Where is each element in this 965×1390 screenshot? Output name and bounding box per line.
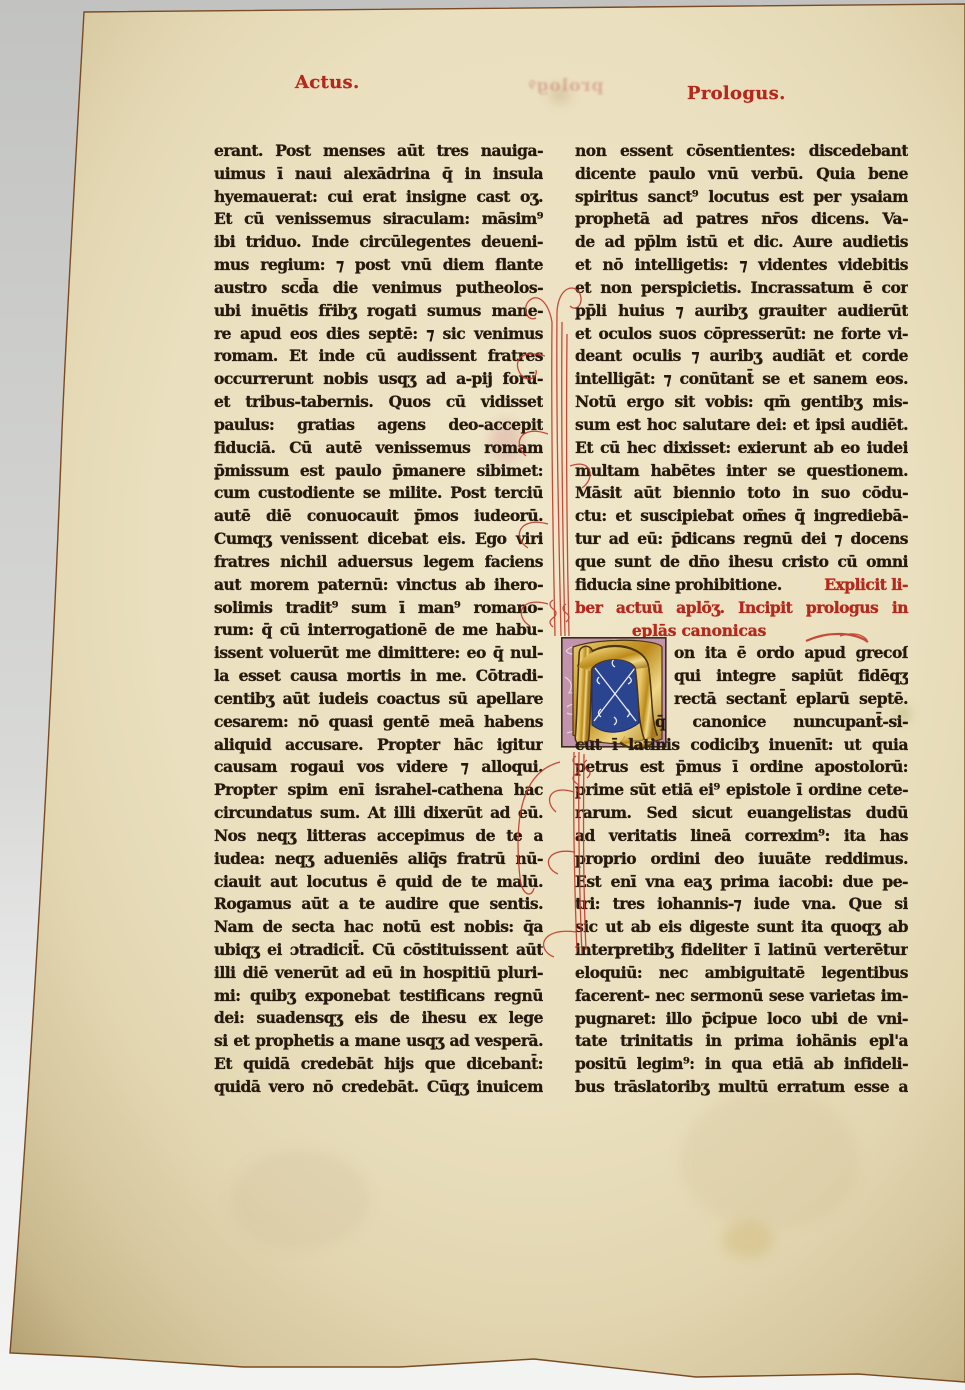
text-line: on ita ē ordo apud grecoſ	[575, 642, 908, 665]
text-line: pp̄li huius ⁊ auribʒ grauiter audierūt	[575, 300, 908, 323]
text-line: ibi triduo. Inde circūlegentes deueni-	[214, 231, 543, 254]
rubric-explicit: Explicit li-	[824, 574, 908, 597]
text-line: Nos neqʒ litteras accepimus de te a	[214, 825, 543, 848]
text-line: issent voluerūt me dimittere: eo q̄ nul-	[214, 642, 543, 665]
text-line: et non perspicietis. Incrassatum ē cor	[575, 277, 908, 300]
text-line: Rogamus aūt a te audire que sentis.	[214, 893, 543, 916]
text-line: rectā sectant̄ eplarū septē.	[575, 688, 908, 711]
text-line: la esset causa mortis in me. Cōtradi-	[214, 665, 543, 688]
text-line: rum: q̄ cū interrogationē de me habu-	[214, 619, 543, 642]
text-line: de ad pp̄lm istū et dic. Aure audietis	[575, 231, 908, 254]
text-line: pugnaret: illo p̄cipue loco ubi de vni-	[575, 1008, 908, 1031]
text-line: ctu: et suscipiebat om̄es q̄ ingrediebā-	[575, 505, 908, 528]
text-line: Notū ergo sit vobis: qm̄ gentibʒ mis-	[575, 391, 908, 414]
text-line: facerent- nec sermonū sese varietas im-	[575, 985, 908, 1008]
text-line: et tribus-tabernis. Quos cū vidisset	[214, 391, 543, 414]
text-line: re apud eos dies septē: ⁊ sic venimus	[214, 323, 543, 346]
text-line: aliquid accusare. Propter hāc igitur	[214, 734, 543, 757]
text-line: dei: suadensqʒ eis de ihesu ex lege moy-	[214, 1007, 543, 1030]
text-line: Et cū hec dixisset: exierunt ab eo iudei	[575, 437, 908, 460]
text-line: centibʒ aūt iudeis coactus sū apellare	[214, 688, 543, 711]
text-line: ciauit aut locutus ē quid de te malū.	[214, 871, 543, 894]
text-line: et oculos suos cōpresserūt: ne forte vi-	[575, 323, 908, 346]
text-line: non essent cōsentientes: discedebant	[575, 140, 908, 163]
right-text-column-beside-initial: on ita ē ordo apud grecoſqui integre sap…	[575, 642, 908, 733]
text-line: aut morem paternū: vinctus ab ihero-	[214, 574, 543, 597]
text-line: cesarem: nō quasi gentē meā habens	[214, 711, 543, 734]
text-line: ad veritatis lineā correxim⁹: ita has	[575, 825, 908, 848]
photographed-manuscript-page: Actus. prologꝰ Prologus. erant. Post men…	[0, 0, 965, 1390]
text-line: Cumqʒ venissent dicebat eis. Ego viri	[214, 528, 543, 551]
text-line: illi diē venerūt ad eū in hospitiū pluri…	[214, 962, 543, 985]
text-line: eloquiū: nec ambiguitatē legentibus	[575, 962, 908, 985]
text-line: Māsit aūt biennio toto in suo cōdu-	[575, 482, 908, 505]
text-line: Nam de secta hac notū est nobis: q̄a	[214, 916, 543, 939]
right-text-column-bottom: cut ī latinis codicibʒ inuenīt: ut quiap…	[575, 734, 908, 1099]
text-line: cum custodiente se milite. Post terciū	[214, 482, 543, 505]
text-line: dicente paulo vnū verbū. Quia bene	[575, 163, 908, 186]
text-line: circundatus sum. At illi dixerūt ad eū.	[214, 802, 543, 825]
text-line: cut ī latinis codicibʒ inuenīt: ut quia	[575, 734, 908, 757]
text-line: tate trinitatis in prima iohānis epl'a	[575, 1030, 908, 1053]
text-line: ubiqʒ ei ɔtradicit̄. Cū cōstituissent aū…	[214, 939, 543, 962]
text-line: p̄missum est paulo p̄manere sibimet:	[214, 460, 543, 483]
text-line: intelligāt: ⁊ conūtant̄ se et sanem eos.	[575, 368, 908, 391]
text-line: Propter spim enī israhel-cathena hac	[214, 779, 543, 802]
text-line: multam habētes inter se questionem.	[575, 460, 908, 483]
text-line: paulus: gratias agens deo-accepit	[214, 414, 543, 437]
text-line: rarum. Sed sicut euangelistas dudū	[575, 802, 908, 825]
text-line: solimis tradit⁹ sum ī man⁹ romano-	[214, 597, 543, 620]
text-line: quidā vero nō credebāt. Cūqʒ inuicem	[214, 1076, 543, 1099]
text-line: mi: quibʒ exponebat testificans regnū	[214, 985, 543, 1008]
text-line: tri: tres iohannis-⁊ iude vna. Que si	[575, 893, 908, 916]
text-line: sic ut ab eis digeste sunt ita quoqʒ ab	[575, 916, 908, 939]
text-line: si et prophetis a mane usqʒ ad vesperā.	[214, 1030, 543, 1053]
text-line: proprio ordini deo iuuāte reddimus.	[575, 848, 908, 871]
text-line: et nō intelligetis: ⁊ videntes videbitis	[575, 254, 908, 277]
text-line: erant. Post menses aūt tres nauiga-	[214, 140, 543, 163]
text-line: ubi inuētis fr̄ibʒ rogati sumus mane-	[214, 300, 543, 323]
text-line: mus regium: ⁊ post vnū diem flante	[214, 254, 543, 277]
text-line: romam. Et inde cū audissent fratres	[214, 345, 543, 368]
rubric-line-mixed: fiducia sine prohibitione. Explicit li-	[575, 574, 908, 597]
text-line: autē diē conuocauit p̄mos iudeorū.	[214, 505, 543, 528]
text-line: austro scd̄a die venimus putheolos-	[214, 277, 543, 300]
rubric-black-lead: fiducia sine prohibitione.	[575, 574, 782, 597]
rubric-incipit: ber actuū aplōʒ. Incipit prologus in	[575, 597, 908, 620]
text-line: Est enī vna eaʒ prima iacobi: due pe-	[575, 871, 908, 894]
text-line: occurrerunt nobis usqʒ ad a-pij forū-	[214, 368, 543, 391]
text-line: prime sūt etiā ei⁹ epistole ī ordine cet…	[575, 779, 908, 802]
text-line: deant oculis ⁊ auribʒ audiāt et corde	[575, 345, 908, 368]
show-through-header: prologꝰ	[528, 73, 603, 96]
text-line: sum est hoc salutare dei: et ipsi audiēt…	[575, 414, 908, 437]
text-line: uimus ī naui alexādrina q̄ in insula	[214, 163, 543, 186]
text-line: Et quidā credebāt hijs que dicebant̄:	[214, 1053, 543, 1076]
text-line: qui integre sapiūt fidēqʒ	[575, 665, 908, 688]
running-header-prologus: Prologus.	[687, 83, 786, 104]
text-line: iudea: neqʒ adueniēs aliq̄s fratrū nū-	[214, 848, 543, 871]
text-line: que sunt de dn̄o ihesu cristo cū omni	[575, 551, 908, 574]
text-line: spiritus sanct⁹ locutus est per ysaiam	[575, 186, 908, 209]
text-line: fiduciā. Cū autē venissemus romam	[214, 437, 543, 460]
text-line: causam rogaui vos videre ⁊ alloqui.	[214, 756, 543, 779]
text-line: hyemauerat: cui erat insigne cast oʒ.	[214, 186, 543, 209]
right-text-column-top: non essent cōsentientes: discedebantdice…	[575, 140, 908, 574]
text-line: prophetā ad patres nr̄os dicens. Va-	[575, 208, 908, 231]
text-line: positū legim⁹: in qua etiā ab infideli-	[575, 1053, 908, 1076]
text-line: tur ad eū: p̄dicans regnū dei ⁊ docens	[575, 528, 908, 551]
text-line: q̄ canonice nuncupant̄-si-	[575, 711, 908, 734]
running-header-actus: Actus.	[295, 72, 360, 93]
text-line: bus trāslatoribʒ multū erratum esse a	[575, 1076, 908, 1099]
text-line: petrus est p̄mus ī ordine apostolorū:	[575, 756, 908, 779]
text-line: interpretibʒ fideliter ī latinū verterēt…	[575, 939, 908, 962]
text-line: Et cū venissemus siraculam: māsim⁹	[214, 208, 543, 231]
left-text-column: erant. Post menses aūt tres nauiga-uimus…	[214, 140, 543, 1099]
text-line: fratres nichil aduersus legem faciens	[214, 551, 543, 574]
